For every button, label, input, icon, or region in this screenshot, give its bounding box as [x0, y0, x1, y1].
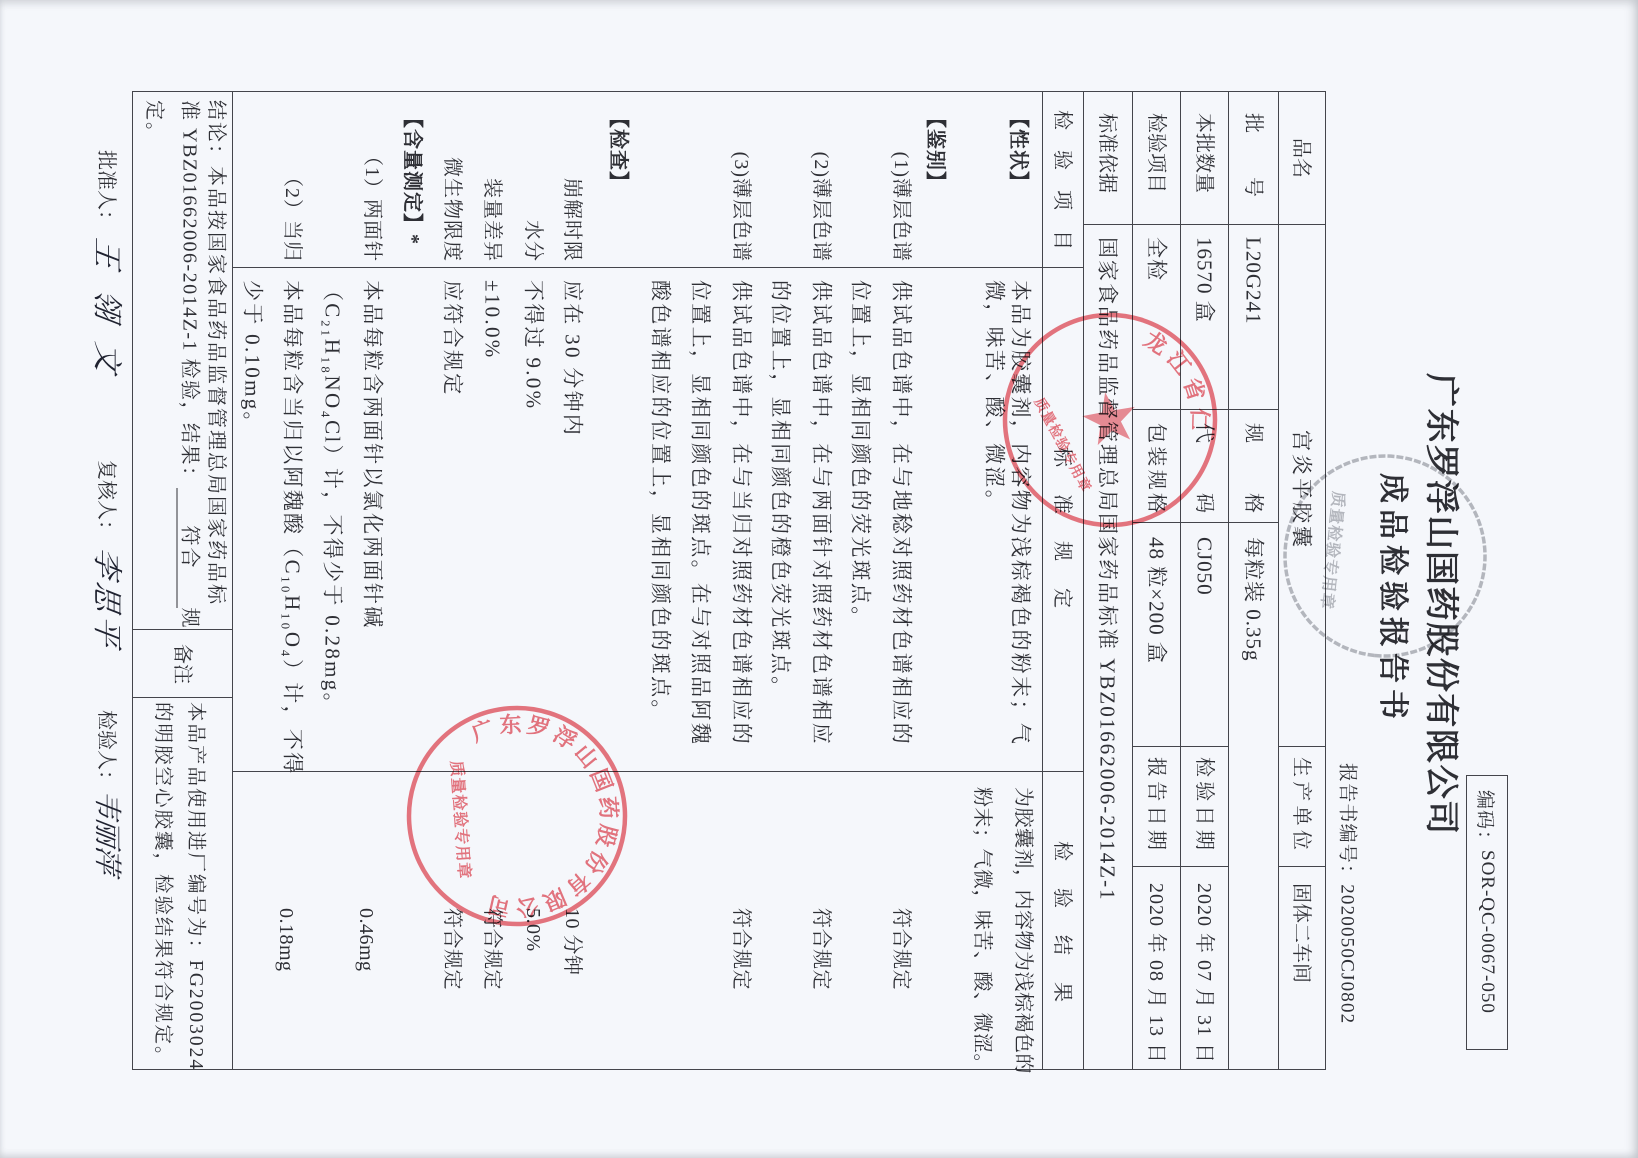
section-appearance-heading: 【性状】: [1008, 108, 1028, 192]
reviewer-signature: 李思平: [91, 546, 121, 652]
identification-result: 符合规定: [891, 908, 911, 990]
identification-standard-line: 的位置上，显相同颜色的橙色荧光斑点。: [770, 280, 791, 699]
company-name: 广东罗浮山国药股份有限公司: [1423, 373, 1457, 836]
batch-qty-label: 本批数量: [1194, 113, 1214, 193]
section-identification-heading: 【鉴别】: [925, 108, 945, 192]
report-date-label: 报告日期: [1146, 757, 1166, 854]
document-code-label: 编码：: [1474, 790, 1501, 850]
inspection-scope-label: 检验项目: [1146, 113, 1166, 193]
assay-standard-line: （C₂₁H₁₈NO₄Cl）计，不得少于 0.28mg。: [322, 280, 343, 716]
approver-label: 批准人：: [96, 150, 116, 230]
report-number-value: 2020050CJ0802: [1337, 884, 1358, 1024]
examination-result: 符合规定: [442, 908, 462, 990]
examination-standard: ±10.0%: [482, 280, 503, 360]
remarks-label: 备注: [172, 644, 192, 684]
identification-standard-line: 供试品色谱中，在与当归对照药材色谱相应的: [731, 280, 752, 746]
column-result-header: 检验结果: [1053, 841, 1073, 1029]
report-number: 报告书编号：2020050CJ0802: [1338, 763, 1357, 1024]
assay-standard-line: 本品每粒含两面针以氯化两面针碱: [362, 280, 383, 630]
assay-item-label: （1）两面针: [362, 146, 382, 262]
conclusion-line: 结论：本品按国家食品药品监督管理总局国家药品标: [206, 100, 226, 606]
batch-value: L20G241: [1243, 237, 1264, 325]
conclusion-result: 符合: [177, 488, 200, 608]
identification-item-label: (2)薄层色谱: [811, 152, 831, 262]
identification-result: 符合规定: [811, 908, 831, 990]
examination-result: 符合规定: [482, 908, 502, 990]
report-number-label: 报告书编号：: [1337, 763, 1358, 884]
standard-basis-value: 国家食品药品监督管理总局国家药品标准 YBZ01662006-2014Z-1: [1097, 237, 1118, 902]
examination-item-label: 微生物限度: [442, 157, 462, 262]
assay-standard-line: 本品每粒含当归以阿魏酸（C₁₀H₁₀O₄）计，不得: [282, 280, 303, 775]
identification-standard-line: 供试品色谱中，在与地稔对照药材色谱相应的: [891, 280, 912, 746]
reviewer-label: 复核人：: [96, 460, 116, 540]
packaging-value: 48 粒×200 盒: [1146, 537, 1167, 664]
identification-result: 符合规定: [731, 908, 751, 990]
conclusion-line-end: 规: [179, 608, 201, 630]
inspector-signature: 韦丽萍: [92, 788, 120, 876]
examination-standard: 不得过 9.0%: [523, 280, 544, 410]
examination-item-label: 崩解时限: [562, 178, 582, 262]
examination-item-label: 装量差异: [482, 178, 502, 262]
approver-signature: 王翎文: [91, 236, 121, 396]
packaging-label: 包装规格: [1146, 423, 1166, 516]
examination-item-label: 水分: [523, 220, 543, 262]
report-date-value: 2020 年 08 月 13 日: [1146, 883, 1166, 1064]
identification-standard-line: 位置上，显相同颜色的荧光斑点。: [850, 280, 871, 630]
identification-item-label: (1)薄层色谱: [891, 152, 911, 262]
column-item-header: 检验项目: [1053, 110, 1073, 270]
producer-label: 生产单位: [1292, 757, 1312, 854]
conclusion-line: 定。: [144, 100, 164, 144]
conclusion-line-text: 准 YBZ01662006-2014Z-1 检验，结果：: [179, 100, 201, 488]
document-code-box: 编码： SOR-QC-0067-050: [1466, 775, 1508, 1050]
inspector-label: 检验人：: [96, 710, 116, 790]
remarks-cell: [133, 698, 233, 1070]
identification-standard-line: 酸色谱相应的位置上，显相同颜色的斑点。: [650, 280, 671, 723]
body-standard-column: [233, 268, 1043, 772]
code-value: CJ050: [1194, 537, 1215, 596]
product-name-label: 品名: [1292, 138, 1312, 178]
remarks-line: 本品产品使用进厂编号为：FG2003024: [185, 702, 205, 1071]
standard-basis-label: 标准依据: [1098, 113, 1118, 193]
examination-result: 10 分钟: [562, 908, 582, 976]
inspection-report-page: 编码： SOR-QC-0067-050 广东罗浮山国药股份有限公司 成品检验报告…: [0, 0, 1638, 1158]
column-standard-header: 标准规定: [1053, 447, 1073, 635]
examination-standard: 应符合规定: [442, 280, 463, 397]
inspection-date-label: 检验日期: [1194, 757, 1214, 854]
document-code-value: SOR-QC-0067-050: [1476, 850, 1498, 1014]
assay-item-label: （2）当归: [282, 167, 302, 262]
product-name-value: 宫炎平胶囊: [1291, 430, 1312, 550]
appearance-result-line: 粉末；气微，味苦、酸、微涩。: [972, 787, 992, 1074]
spec-value: 每粒装 0.35g: [1243, 537, 1264, 662]
batch-qty-value: 16570 盒: [1194, 237, 1215, 323]
appearance-result-line: 为胶囊剂，内容物为浅棕褐色的: [1013, 787, 1033, 1074]
assay-result: 0.18mg: [276, 908, 296, 972]
body-item-column: [233, 92, 1043, 268]
assay-result: 0.46mg: [356, 908, 376, 972]
identification-standard-line: 位置上，显相同颜色的斑点。在与对照品阿魏: [690, 280, 711, 746]
examination-result: 5.0%: [523, 908, 543, 952]
inspection-scope-value: 全检: [1146, 237, 1167, 281]
examination-standard: 应在 30 分钟内: [562, 280, 583, 437]
appearance-standard-line: 微，味苦、酸、微涩。: [984, 280, 1005, 513]
inspection-date-value: 2020 年 07 月 31 日: [1194, 883, 1214, 1064]
body-result-column: [233, 772, 1043, 1070]
identification-standard-line: 供试品色谱中，在与两面针对照药材色谱相应: [811, 280, 832, 746]
conclusion-line: 准 YBZ01662006-2014Z-1 检验，结果：符合规: [177, 100, 200, 629]
producer-value: 固体二车间: [1292, 883, 1312, 983]
appearance-standard-line: 本品为胶囊剂，内容物为浅棕褐色的粉末；气: [1010, 280, 1031, 746]
report-title: 成品检验报告书: [1377, 473, 1407, 725]
section-examination-heading: 【检查】: [608, 108, 628, 192]
assay-standard-line: 少于 0.10mg。: [242, 280, 263, 435]
section-assay-heading: 【含量测定】*: [402, 108, 422, 245]
batch-label: 批号: [1243, 113, 1263, 241]
remarks-line: 的明胶空心胶囊，检验结果符合规定。: [152, 702, 172, 1068]
identification-item-label: (3)薄层色谱: [731, 152, 751, 262]
